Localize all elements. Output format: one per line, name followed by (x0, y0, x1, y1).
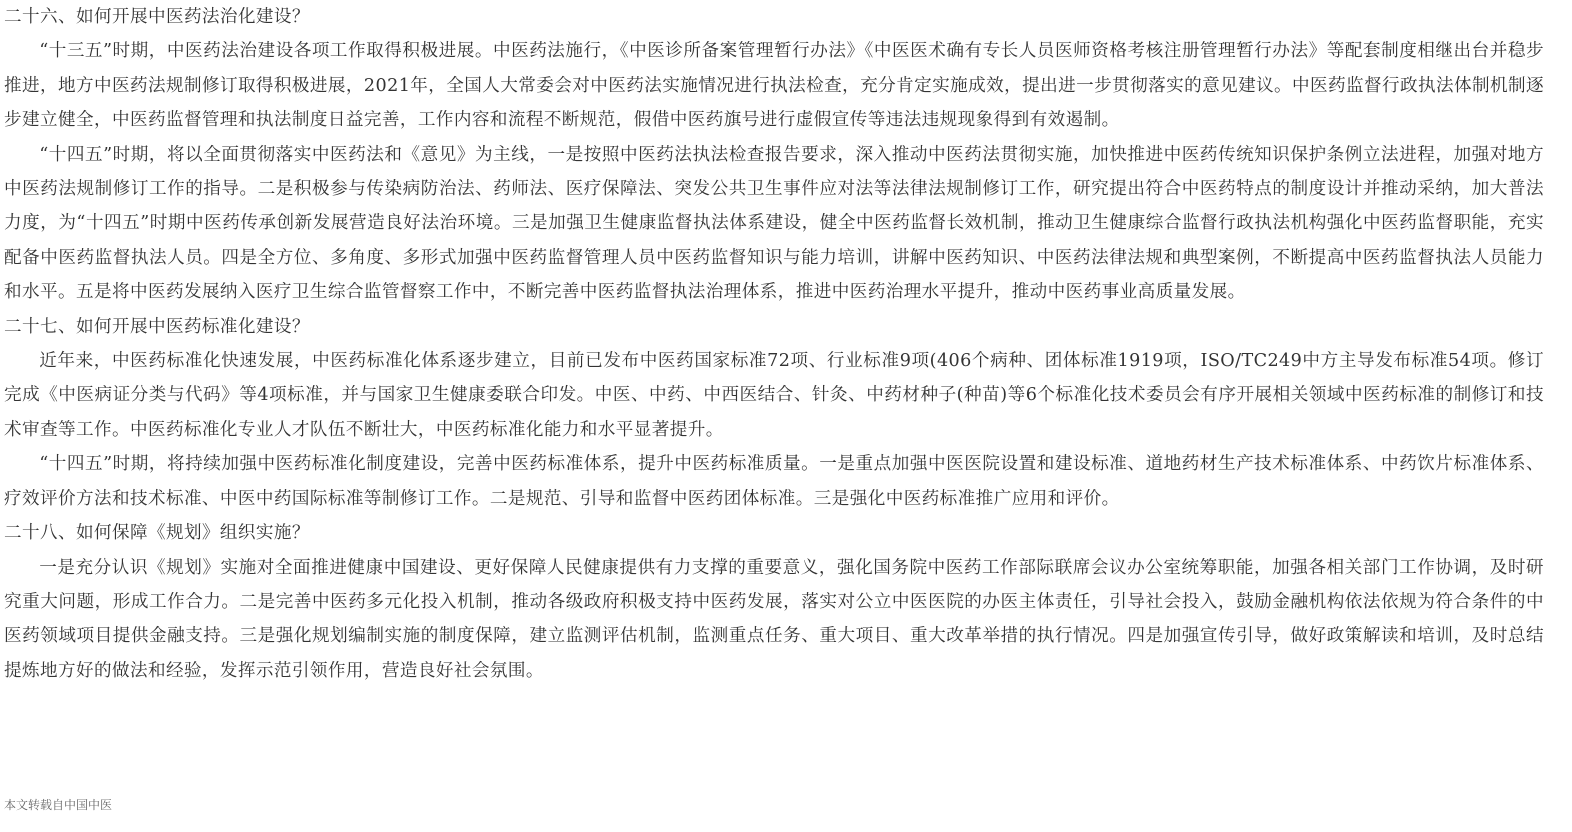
paragraph: “十四五”时期，将以全面贯彻落实中医药法和《意见》为主线，一是按照中医药法执法检… (4, 138, 1544, 310)
paragraph: “十三五”时期，中医药法治建设各项工作取得积极进展。中医药法施行，《中医诊所备案… (4, 34, 1544, 137)
section-heading-26: 二十六、如何开展中医药法治化建设？ (4, 0, 1544, 34)
article-body: 二十六、如何开展中医药法治化建设？ “十三五”时期，中医药法治建设各项工作取得积… (4, 0, 1544, 688)
section-heading-28: 二十八、如何保障《规划》组织实施？ (4, 516, 1544, 550)
source-note: 本文转载自中国中医 (4, 796, 112, 813)
paragraph: “十四五”时期，将持续加强中医药标准化制度建设，完善中医药标准体系，提升中医药标… (4, 447, 1544, 516)
paragraph: 一是充分认识《规划》实施对全面推进健康中国建设、更好保障人民健康提供有力支撑的重… (4, 551, 1544, 689)
paragraph: 近年来，中医药标准化快速发展，中医药标准化体系逐步建立，目前已发布中医药国家标准… (4, 344, 1544, 447)
section-heading-27: 二十七、如何开展中医药标准化建设？ (4, 310, 1544, 344)
